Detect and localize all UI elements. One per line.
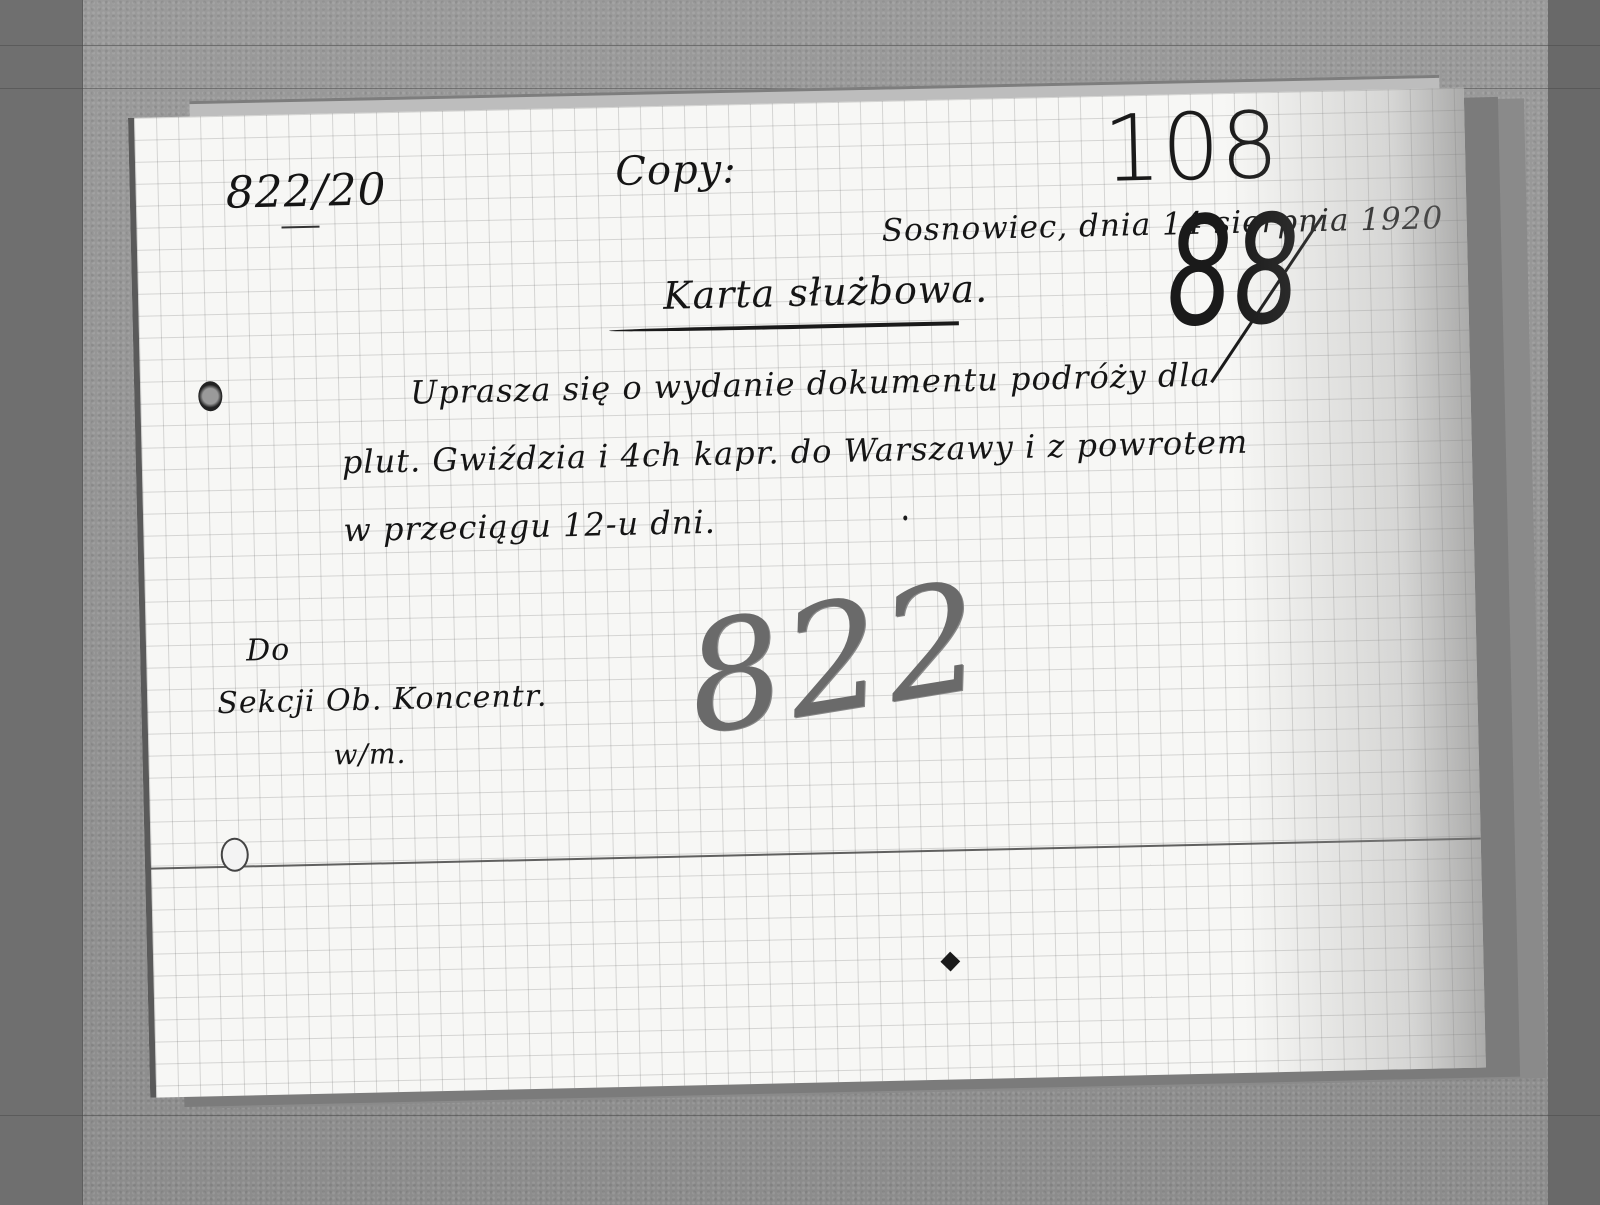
title-underline bbox=[609, 321, 959, 333]
scan-guide-line bbox=[0, 45, 1600, 46]
document-title: Karta służbowa. bbox=[663, 267, 989, 318]
place-date: Sosnowiec, dnia 14 sierpnia 1920 bbox=[881, 200, 1443, 249]
file-number: 822/20 bbox=[225, 164, 387, 219]
scan-left-margin bbox=[0, 0, 83, 1205]
fold-line bbox=[151, 837, 1481, 869]
scan-right-margin bbox=[1548, 0, 1600, 1205]
archive-number-overwrite: 88 bbox=[1164, 183, 1302, 360]
scan-guide-line bbox=[0, 1115, 1600, 1116]
body-line-2: plut. Gwiździa i 4ch kapr. do Warszawy i… bbox=[341, 423, 1248, 482]
body-line-1: Uprasza się o wydanie dokumentu podróży … bbox=[410, 356, 1211, 412]
addressee: Sekcji Ob. Koncentr. bbox=[217, 679, 548, 721]
file-number-underline bbox=[282, 226, 320, 229]
copy-mark: Copy: bbox=[615, 146, 737, 195]
addressee-suffix: w/m. bbox=[333, 737, 407, 772]
service-card: 822/20 Copy: Sosnowiec, dnia 14 sierpnia… bbox=[128, 88, 1486, 1098]
pencil-number: 822 bbox=[674, 549, 997, 769]
body-line-3: w przeciągu 12-u dni. bbox=[343, 503, 716, 549]
addressee-prefix: Do bbox=[246, 632, 291, 668]
ink-blot bbox=[940, 952, 960, 972]
ink-speck bbox=[903, 515, 907, 520]
punch-hole bbox=[198, 381, 223, 412]
